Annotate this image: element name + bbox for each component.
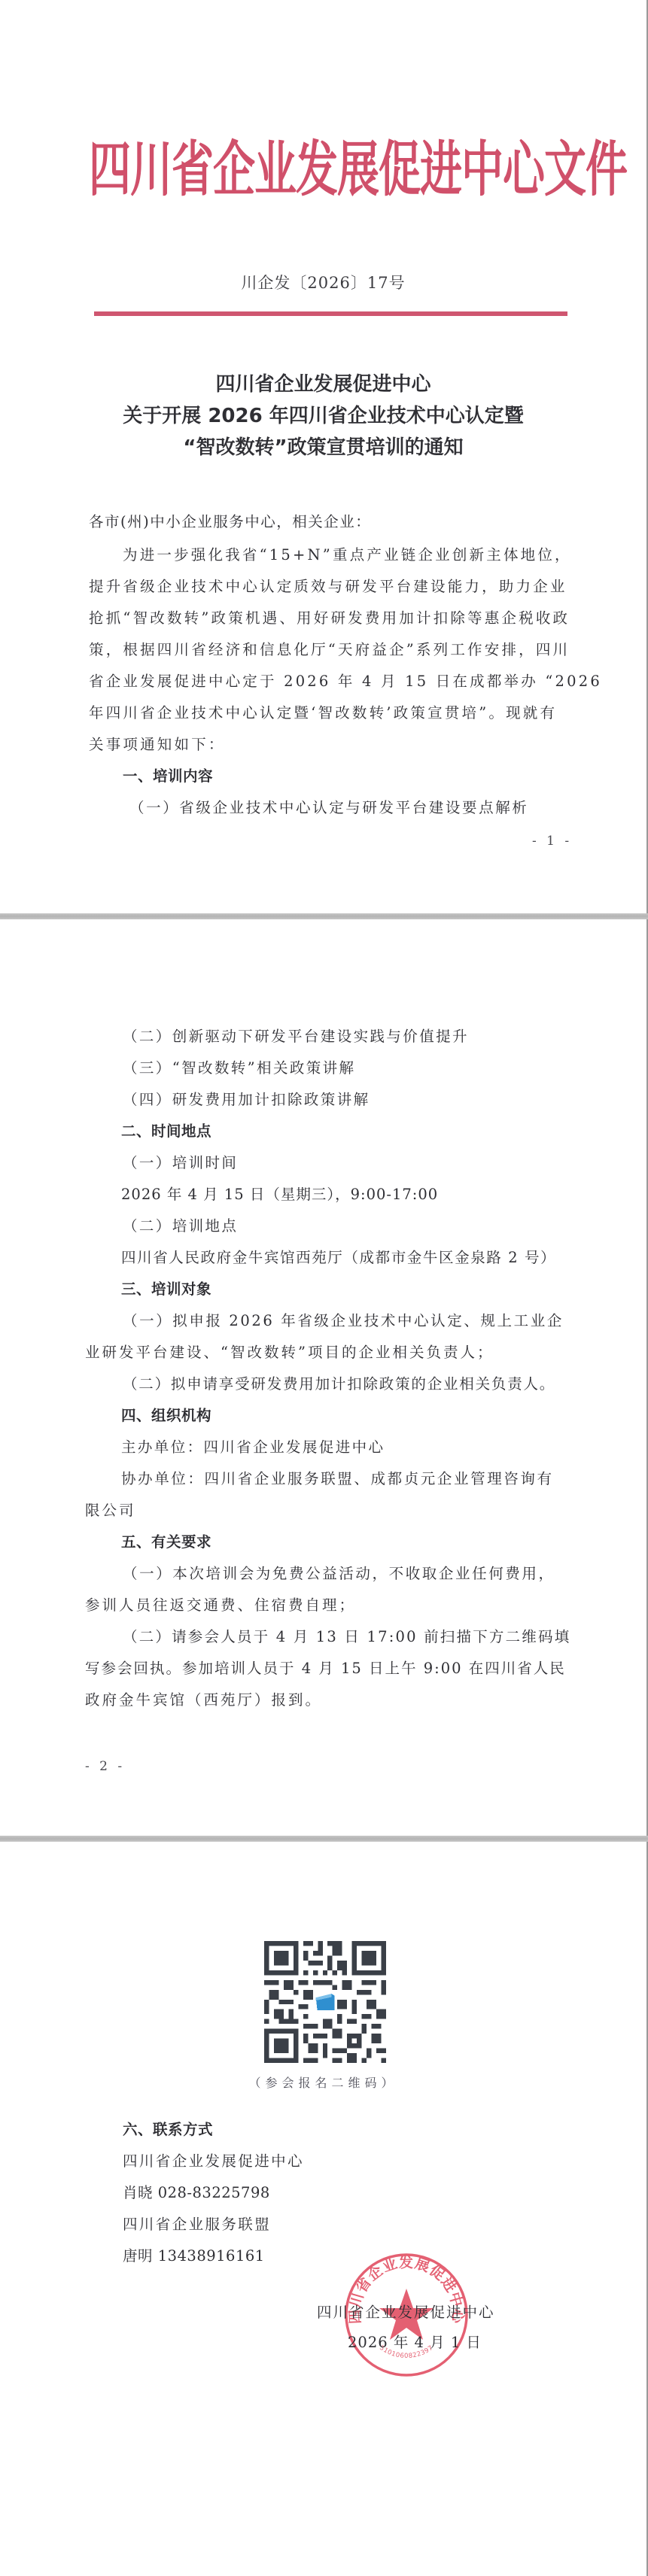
contact-person-2: 唐明 13438916161	[123, 2244, 265, 2265]
notice-title-line-2: 关于开展 2026 年四川省企业技术中心认定暨	[0, 400, 646, 428]
registration-qr-code[interactable]	[264, 1941, 386, 2063]
contact-org-2: 四川省企业服务联盟	[123, 2213, 271, 2234]
document-number: 川企发〔2026〕17号	[0, 271, 646, 293]
section-3-item-1-line-1: （一）拟申报 2026 年省级企业技术中心认定、规上工业企	[123, 1309, 564, 1330]
notice-title-line-3: “智改数转”政策宣贯培训的通知	[0, 432, 646, 460]
section-5-item-1-line-2: 参训人员往返交通费、住宿费自理；	[85, 1593, 356, 1615]
section-3-title: 三、培训对象	[121, 1277, 211, 1299]
section-1-item-4: （四）研发费用加计扣除政策讲解	[123, 1088, 370, 1109]
intro-line-6: 年四川省企业技术中心认定暨‘智改数转’政策宣贯培”。现就有	[89, 701, 557, 722]
section-4-title: 四、组织机构	[121, 1404, 211, 1425]
page-number-2: - 2 -	[85, 1759, 125, 1774]
qr-caption: （参会报名二维码）	[0, 2073, 646, 2091]
signature-org: 四川省企业发展促进中心	[317, 2301, 495, 2322]
section-5-item-2-line-1: （二）请参会人员于 4 月 13 日 17:00 前扫描下方二维码填	[123, 1625, 570, 1646]
intro-line-5: 省企业发展促进中心定于 2026 年 4 月 15 日在成都举办 “2026	[89, 670, 602, 691]
red-divider-rule	[94, 311, 567, 316]
intro-line-3: 抢抓“智改数转”政策机遇、用好研发费用加计扣除等惠企税收政	[89, 606, 570, 627]
section-1-item-2: （二）创新驱动下研发平台建设实践与价值提升	[123, 1025, 469, 1046]
intro-line-4: 策，根据四川省经济和信息化厅“天府益企”系列工作安排，四川	[89, 638, 570, 659]
intro-line-2: 提升省级企业技术中心认定质效与研发平台建设能力，助力企业	[89, 575, 567, 596]
signature-date: 2026 年 4 月 1 日	[348, 2331, 482, 2352]
section-1-item-1: （一）省级企业技术中心认定与研发平台建设要点解析	[129, 796, 528, 817]
section-5-title: 五、有关要求	[121, 1530, 211, 1551]
section-5-item-2-line-2: 写参会回执。参加培训人员于 4 月 15 日上午 9:00 在四川省人民	[85, 1657, 566, 1678]
section-5-item-2-line-3: 政府金牛宾馆（西苑厅）报到。	[85, 1688, 322, 1709]
section-1-item-3: （三）“智改数转”相关政策讲解	[123, 1056, 355, 1077]
salutation: 各市(州)中小企业服务中心，相关企业：	[89, 510, 371, 531]
page-2: （二）创新驱动下研发平台建设实践与价值提升 （三）“智改数转”相关政策讲解 （四…	[0, 919, 648, 1836]
page-separator-1	[0, 913, 648, 919]
intro-line-7: 关事项通知如下：	[89, 733, 226, 754]
letterhead-title: 四川省企业发展促进中心文件	[89, 128, 563, 215]
contact-person-1: 肖晓 028-83225798	[123, 2181, 270, 2202]
section-3-item-2: （二）拟申请享受研发费用加计扣除政策的企业相关负责人。	[123, 1372, 555, 1393]
section-2-title: 二、时间地点	[121, 1119, 211, 1141]
training-time-value: 2026 年 4 月 15 日（星期三），9:00-17:00	[121, 1183, 438, 1204]
page-1: 四川省企业发展促进中心文件 川企发〔2026〕17号 四川省企业发展促进中心 关…	[0, 0, 648, 913]
co-organizer-line-1: 协办单位：四川省企业服务联盟、成都贞元企业管理咨询有	[121, 1467, 554, 1488]
section-1-title: 一、培训内容	[123, 764, 213, 785]
section-6-title: 六、联系方式	[123, 2118, 213, 2139]
co-organizer-line-2: 限公司	[85, 1499, 136, 1520]
contact-org-1: 四川省企业发展促进中心	[123, 2149, 304, 2170]
training-time-label: （一）培训时间	[123, 1151, 238, 1172]
page-separator-2	[0, 1836, 648, 1842]
section-3-item-1-line-2: 业研发平台建设、“智改数转”项目的企业相关负责人；	[85, 1341, 494, 1362]
training-place-value: 四川省人民政府金牛宾馆西苑厅（成都市金牛区金泉路 2 号）	[121, 1246, 556, 1267]
host-organizer: 主办单位：四川省企业发展促进中心	[121, 1435, 385, 1457]
section-5-item-1-line-1: （一）本次培训会为免费公益活动，不收取企业任何费用，	[123, 1562, 555, 1583]
qr-code-icon	[264, 1941, 386, 2063]
notice-title-line-1: 四川省企业发展促进中心	[0, 369, 646, 396]
training-place-label: （二）培训地点	[123, 1214, 238, 1235]
intro-line-1: 为进一步强化我省“15+N”重点产业链企业创新主体地位，	[123, 543, 572, 564]
letterhead-text: 四川省企业发展促进中心文件	[89, 128, 563, 214]
page-number-1: - 1 -	[532, 834, 572, 849]
